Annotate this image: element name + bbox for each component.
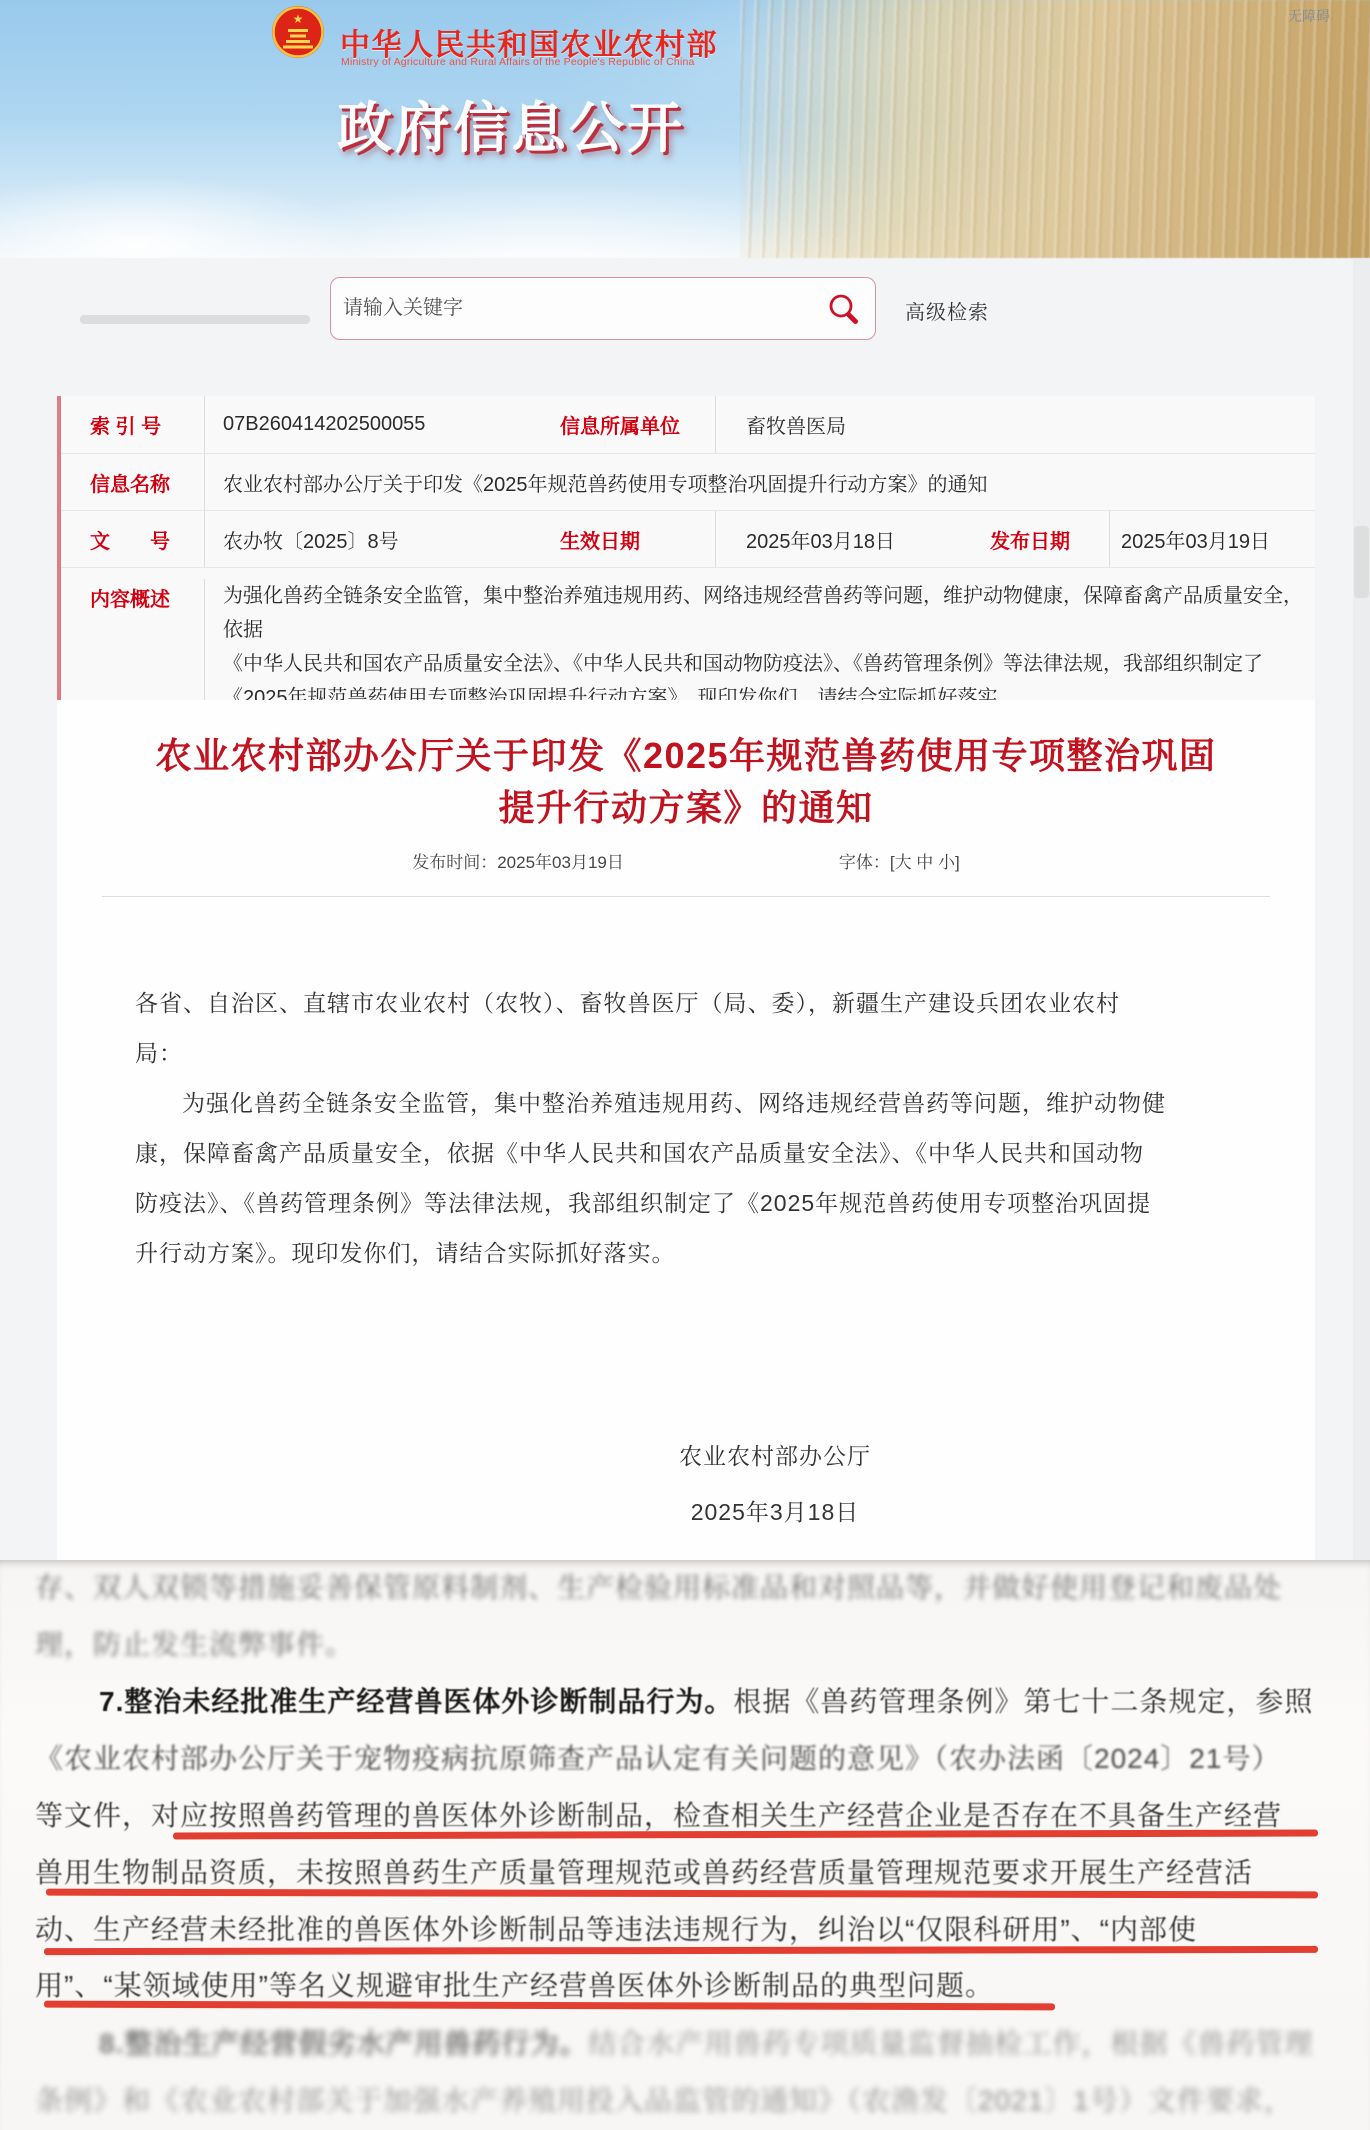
overlay-line: 8.整治生产经营假劣水产用兽药行为。结合水产用兽药专项质量监督抽检工作，根据《兽… xyxy=(35,2022,1313,2062)
page: 无障碍 ★ 中华人民共和国农业农村部 Ministry of Agricultu… xyxy=(0,0,1370,2130)
font-size-switcher[interactable]: 字体：[大 中 小] xyxy=(839,848,960,873)
overlay-line: 动、生产经营未经批准的兽医体外诊断制品等违法违规行为，纠治以“仅限科研用”、“内… xyxy=(35,1908,1197,1948)
owning-unit-value: 畜牧兽医局 xyxy=(746,410,846,439)
signature-org: 农业农村部办公厅 xyxy=(679,1438,871,1471)
overlay-line: 《农业农村部办公厅关于宠物疫病抗原筛查产品认定有关问题的意见》（农办法函〔202… xyxy=(35,1737,1280,1777)
svg-text:★: ★ xyxy=(293,12,304,26)
body-line: 防疫法》、《兽药管理条例》等法律法规，我部组织制定了《2025年规范兽药使用专项… xyxy=(135,1178,1166,1228)
overlay-line: 等文件，对应按照兽药管理的兽医体外诊断制品，检查相关生产经营企业是否存在不具备生… xyxy=(35,1794,1282,1834)
search-icon xyxy=(827,292,861,326)
wheat-field-photo xyxy=(740,0,1370,258)
body-line: 升行动方案》。现印发你们，请结合实际抓好落实。 xyxy=(135,1228,1166,1278)
accessibility-link[interactable]: 无障碍 xyxy=(1288,6,1330,26)
search-input[interactable] xyxy=(343,278,803,339)
red-underline-annotation xyxy=(46,1889,1318,1899)
advanced-search-link[interactable]: 高级检索 xyxy=(905,296,989,325)
effective-date-value: 2025年03月18日 xyxy=(746,525,895,554)
table-row: 索 引 号 07B260414202500055 信息所属单位 畜牧兽医局 xyxy=(57,396,1315,453)
overlay-line: 理，防止发生流弊事件。 xyxy=(35,1623,354,1663)
red-underline-annotation xyxy=(44,1946,1318,1955)
ministry-name-english: Ministry of Agriculture and Rural Affair… xyxy=(341,56,695,68)
header-banner: 无障碍 ★ 中华人民共和国农业农村部 Ministry of Agricultu… xyxy=(0,0,1370,258)
article-card: 农业农村部办公厅关于印发《2025年规范兽药使用专项整治巩固 提升行动方案》的通… xyxy=(57,700,1315,1560)
article-title-line1: 农业农村部办公厅关于印发《2025年规范兽药使用专项整治巩固 xyxy=(57,728,1315,779)
divider xyxy=(102,896,1270,897)
body-line: 为强化兽药全链条安全监管，集中整治养殖违规用药、网络违规经营兽药等问题，维护动物… xyxy=(135,1078,1166,1128)
page-title: 政府信息公开 xyxy=(285,84,737,163)
summary-line: 《中华人民共和国农产品质量安全法》、《中华人民共和国动物防疫法》、《兽药管理条例… xyxy=(223,647,1315,681)
overlay-line: 存、双人双锁等措施妥善保管原料制剂、生产检验用标准品和对照品等，并做好使用登记和… xyxy=(35,1566,1282,1606)
overlay-line: 条例》和《农业农村部关于加强水产养殖用投入品监管的通知》（农渔发〔2021〕1号… xyxy=(35,2079,1293,2119)
body-line: 局： xyxy=(135,1028,1166,1078)
body-line: 各省、自治区、直辖市农业农村（农牧）、畜牧兽医厅（局、委），新疆生产建设兵团农业… xyxy=(135,978,1166,1028)
red-underline-annotation xyxy=(44,2001,1055,2011)
scrollbar-thumb[interactable] xyxy=(1354,526,1369,598)
info-name-label: 信息名称 xyxy=(57,468,204,497)
overlay-line: 用”、“某领域使用”等名义规避审批生产经营兽医体外诊断制品的典型问题。 xyxy=(35,1964,994,2004)
content-summary-value: 为强化兽药全链条安全监管，集中整治养殖违规用药、网络违规经营兽药等问题，维护动物… xyxy=(204,579,1315,715)
index-number-label: 索 引 号 xyxy=(57,410,204,439)
item-7-heading: 7.整治未经批准生产经营兽医体外诊断制品行为。 xyxy=(99,1686,733,1717)
attachment-preview-section: 存、双人双锁等措施妥善保管原料制剂、生产检验用标准品和对照品等，并做好使用登记和… xyxy=(0,1560,1370,2130)
article-meta-row: 发布时间：2025年03月19日 字体：[大 中 小] xyxy=(57,848,1315,873)
overlay-line: 7.整治未经批准生产经营兽医体外诊断制品行为。根据《兽药管理条例》第七十二条规定… xyxy=(35,1680,1313,1720)
effective-date-label: 生效日期 xyxy=(542,525,715,554)
item-8-heading: 8.整治生产经营假劣水产用兽药行为。 xyxy=(99,2028,588,2059)
article-body: 各省、自治区、直辖市农业农村（农牧）、畜牧兽医厅（局、委），新疆生产建设兵团农业… xyxy=(135,978,1166,1278)
publish-time-text: 发布时间：2025年03月19日 xyxy=(412,848,624,873)
signature-date: 2025年3月18日 xyxy=(691,1494,860,1527)
table-row: 文 号 农办牧〔2025〕8号 生效日期 2025年03月18日 发布日期 20… xyxy=(57,510,1315,567)
body-line: 康，保障畜禽产品质量安全，依据《中华人民共和国农产品质量安全法》、《中华人民共和… xyxy=(135,1128,1166,1178)
content-summary-label: 内容概述 xyxy=(57,579,204,612)
owning-unit-label: 信息所属单位 xyxy=(542,410,715,439)
search-button[interactable] xyxy=(827,292,861,326)
article-title-line2: 提升行动方案》的通知 xyxy=(57,780,1315,831)
overlay-line: 兽用生物制品资质，未按照兽药生产质量管理规范或兽药经营质量管理规范要求开展生产经… xyxy=(35,1851,1253,1891)
publish-date-value: 2025年03月19日 xyxy=(1121,525,1270,554)
document-meta-table: 索 引 号 07B260414202500055 信息所属单位 畜牧兽医局 信息… xyxy=(57,396,1315,726)
doc-number-label: 文 号 xyxy=(57,525,204,554)
publish-date-label: 发布日期 xyxy=(990,525,1109,554)
search-box xyxy=(330,277,876,340)
table-row: 信息名称 农业农村部办公厅关于印发《2025年规范兽药使用专项整治巩固提升行动方… xyxy=(57,453,1315,510)
national-emblem-logo: ★ xyxy=(270,4,326,60)
summary-line: 为强化兽药全链条安全监管，集中整治养殖违规用药、网络违规经营兽药等问题，维护动物… xyxy=(223,579,1315,647)
info-name-value: 农业农村部办公厅关于印发《2025年规范兽药使用专项整治巩固提升行动方案》的通知 xyxy=(223,468,988,497)
doc-number-value: 农办牧〔2025〕8号 xyxy=(223,525,399,554)
nav-placeholder-bar xyxy=(80,315,310,324)
index-number-value: 07B260414202500055 xyxy=(223,413,425,436)
